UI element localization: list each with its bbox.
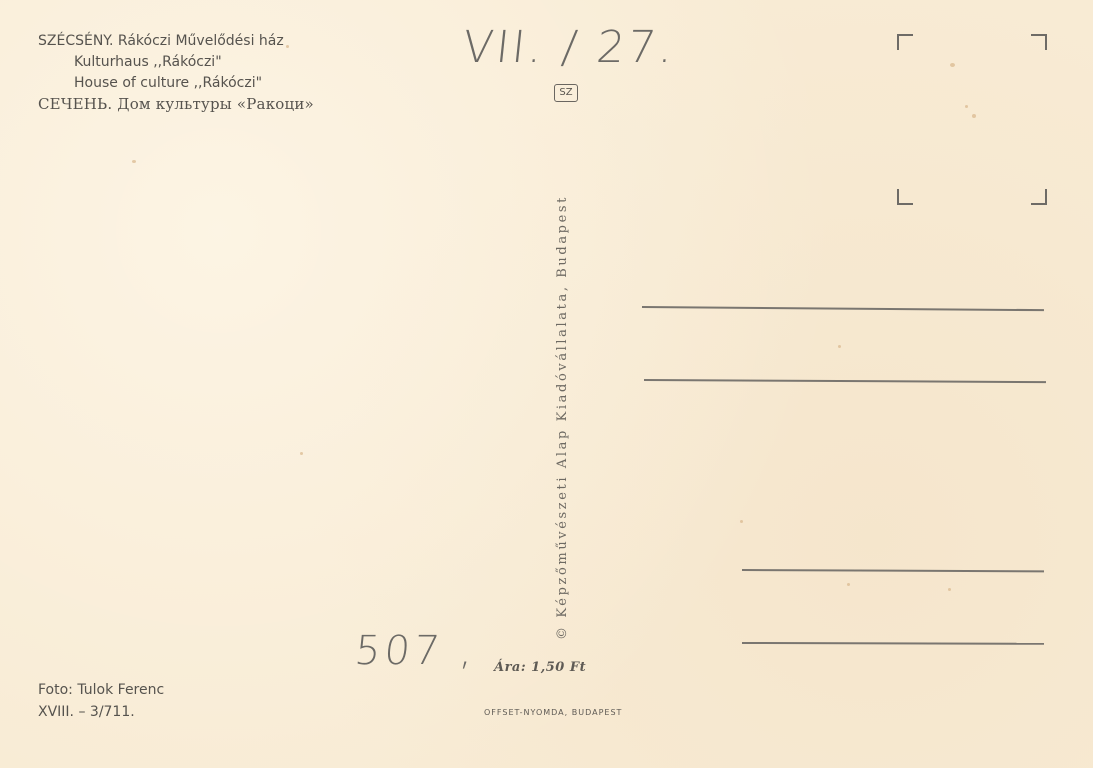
caption-russian: СЕЧЕНЬ. Дом культуры «Ракоци» [38,94,314,115]
paper-speck [948,588,951,591]
paper-speck [132,160,136,163]
publisher-vertical-text: © Képzőművészeti Alap Kiadóvállalata, Bu… [555,120,570,640]
paper-speck [740,520,743,523]
paper-speck [972,114,976,118]
photographer-credit: Foto: Tulok Ferenc [38,679,164,701]
publisher-logo-icon: SZ [554,84,578,102]
address-line-4 [742,642,1044,645]
paper-speck [950,63,955,67]
handwritten-date: VII. / 27. [460,22,678,73]
paper-speck [838,345,841,348]
printer-label: OFFSET-NYOMDA, BUDAPEST [484,708,622,717]
stamp-corner-top-right-icon [1031,34,1047,50]
paper-speck [300,452,303,455]
stamp-corner-bottom-right-icon [1031,189,1047,205]
price-label: Ára: 1,50 Ft [494,660,586,675]
caption-german: Kulturhaus ,,Rákóczi" [38,52,314,73]
catalog-code: XVIII. – 3/711. [38,701,164,723]
paper-speck [847,583,850,586]
caption-english: House of culture ,,Rákóczi" [38,73,314,94]
handwritten-number: 507 , [353,628,480,674]
photo-credits: Foto: Tulok Ferenc XVIII. – 3/711. [38,679,164,723]
paper-speck [965,105,968,108]
stamp-corner-bottom-left-icon [897,189,913,205]
stamp-corner-top-left-icon [897,34,913,50]
postcard-back: SZÉCSÉNY. Rákóczi Művelődési ház Kulturh… [0,0,1093,768]
address-line-3 [742,569,1044,572]
address-line-2 [644,379,1046,383]
photo-caption: SZÉCSÉNY. Rákóczi Művelődési ház Kulturh… [38,31,314,115]
address-line-1 [642,306,1044,311]
caption-hungarian: SZÉCSÉNY. Rákóczi Művelődési ház [38,31,314,52]
